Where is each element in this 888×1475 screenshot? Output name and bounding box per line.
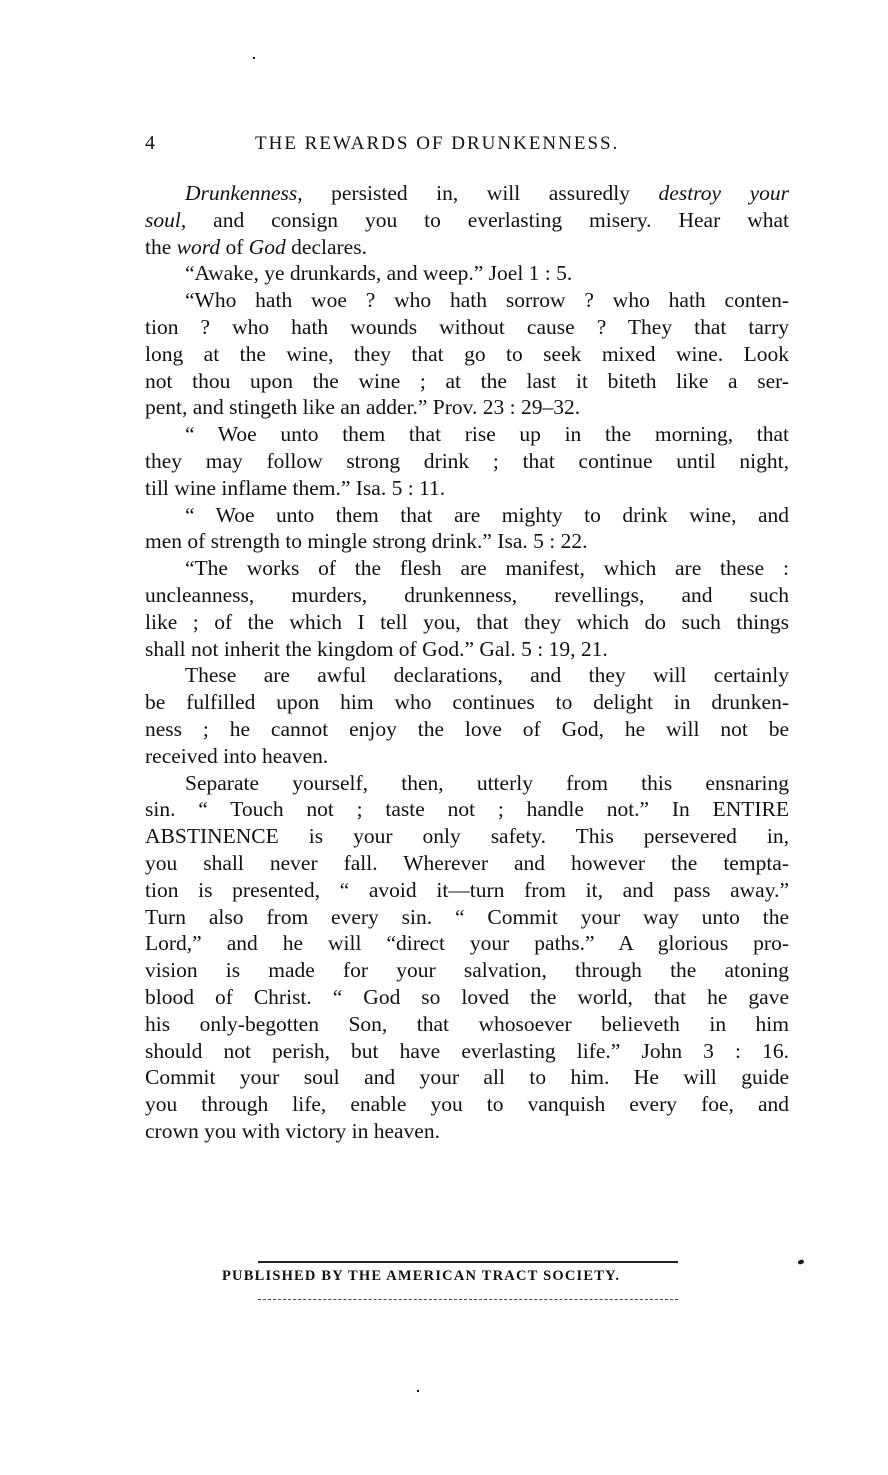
text-line: you shall never fall. Wherever and howev… (145, 850, 789, 877)
text-line: long at the wine, they that go to seek m… (145, 341, 789, 368)
text-segment: , and consign you to everlasting misery.… (181, 208, 789, 232)
text-segment: “Awake, ye drunkards, and weep.” Joel 1 … (185, 261, 572, 285)
scan-speck (417, 1390, 419, 1392)
text-segment: ABSTINENCE is your only safety. This per… (145, 824, 789, 848)
text-segment: Commit your soul and your all to him. He… (145, 1065, 789, 1089)
text-line: till wine inflame them.” Isa. 5 : 11. (145, 475, 789, 502)
italic-text: God (249, 235, 286, 259)
text-segment: crown you with victory in heaven. (145, 1119, 440, 1143)
text-segment: the (145, 235, 177, 259)
text-segment: Separate yourself, then, utterly from th… (185, 771, 789, 795)
text-segment: uncleanness, murders, drunkenness, revel… (145, 583, 789, 607)
text-line: “ Woe unto them that are mighty to drink… (145, 502, 789, 529)
italic-text: soul (145, 208, 181, 232)
text-segment: of (220, 235, 249, 259)
text-line: “The works of the flesh are manifest, wh… (145, 555, 789, 582)
text-segment: like ; of the which I tell you, that the… (145, 610, 789, 634)
text-segment: “ Woe unto them that are mighty to drink… (185, 503, 789, 527)
text-line: Separate yourself, then, utterly from th… (145, 770, 789, 797)
text-segment: These are awful declarations, and they w… (185, 663, 789, 687)
text-line: his only-begotten Son, that whosoever be… (145, 1011, 789, 1038)
text-line: “Who hath woe ? who hath sorrow ? who ha… (145, 287, 789, 314)
page-header: 4 THE REWARDS OF DRUNKENNESS. (145, 132, 795, 160)
text-line: crown you with victory in heaven. (145, 1118, 789, 1145)
body-text: Drunkenness, persisted in, will assuredl… (145, 180, 789, 1145)
text-segment: his only-begotten Son, that whosoever be… (145, 1012, 789, 1036)
text-line: Turn also from every sin. “ Commit your … (145, 904, 789, 931)
text-line: tion is presented, “ avoid it—turn from … (145, 877, 789, 904)
text-line: Lord,” and he will “direct your paths.” … (145, 930, 789, 957)
text-line: blood of Christ. “ God so loved the worl… (145, 984, 789, 1011)
text-line: “Awake, ye drunkards, and weep.” Joel 1 … (145, 260, 789, 287)
text-line: not thou upon the wine ; at the last it … (145, 368, 789, 395)
page-number: 4 (145, 132, 155, 155)
book-page: 4 THE REWARDS OF DRUNKENNESS. Drunkennes… (0, 0, 888, 1475)
text-line: tion ? who hath wounds without cause ? T… (145, 314, 789, 341)
ink-blot (797, 1259, 804, 1265)
text-segment: Lord,” and he will “direct your paths.” … (145, 931, 789, 955)
text-segment: they may follow strong drink ; that cont… (145, 449, 789, 473)
text-segment: declares. (286, 235, 367, 259)
text-line: the word of God declares. (145, 234, 789, 261)
text-segment: you shall never fall. Wherever and howev… (145, 851, 789, 875)
text-line: received into heaven. (145, 743, 789, 770)
text-line: they may follow strong drink ; that cont… (145, 448, 789, 475)
text-segment: be fulfilled upon him who continues to d… (145, 690, 789, 714)
text-segment: vision is made for your salvation, throu… (145, 958, 789, 982)
text-line: soul, and consign you to everlasting mis… (145, 207, 789, 234)
text-segment: not thou upon the wine ; at the last it … (145, 369, 789, 393)
text-segment: men of strength to mingle strong drink.”… (145, 529, 587, 553)
text-line: be fulfilled upon him who continues to d… (145, 689, 789, 716)
text-segment: pent, and stingeth like an adder.” Prov.… (145, 395, 580, 419)
text-line: like ; of the which I tell you, that the… (145, 609, 789, 636)
text-line: uncleanness, murders, drunkenness, revel… (145, 582, 789, 609)
text-segment: should not perish, but have everlasting … (145, 1039, 789, 1063)
publisher-imprint: PUBLISHED BY THE AMERICAN TRACT SOCIETY. (222, 1268, 722, 1285)
text-line: men of strength to mingle strong drink.”… (145, 528, 789, 555)
text-line: Drunkenness, persisted in, will assuredl… (145, 180, 789, 207)
text-segment: “ Woe unto them that rise up in the morn… (185, 422, 789, 446)
text-segment: shall not inherit the kingdom of God.” G… (145, 637, 608, 661)
text-line: These are awful declarations, and they w… (145, 662, 789, 689)
text-segment: tion is presented, “ avoid it—turn from … (145, 878, 789, 902)
text-segment: “Who hath woe ? who hath sorrow ? who ha… (185, 288, 789, 312)
text-segment: ness ; he cannot enjoy the love of God, … (145, 717, 789, 741)
text-line: shall not inherit the kingdom of God.” G… (145, 636, 789, 663)
text-line: Commit your soul and your all to him. He… (145, 1064, 789, 1091)
text-segment: , persisted in, will assuredly (297, 181, 658, 205)
text-segment: blood of Christ. “ God so loved the worl… (145, 985, 789, 1009)
text-segment: you through life, enable you to vanquish… (145, 1092, 789, 1116)
text-segment: tion ? who hath wounds without cause ? T… (145, 315, 789, 339)
text-segment: received into heaven. (145, 744, 328, 768)
text-line: vision is made for your salvation, throu… (145, 957, 789, 984)
text-line: should not perish, but have everlasting … (145, 1038, 789, 1065)
footer-rule-bottom (258, 1299, 678, 1300)
text-line: “ Woe unto them that rise up in the morn… (145, 421, 789, 448)
text-line: ness ; he cannot enjoy the love of God, … (145, 716, 789, 743)
italic-text: Drunkenness (185, 181, 297, 205)
text-segment: sin. “ Touch not ; taste not ; handle no… (145, 797, 789, 821)
text-segment: long at the wine, they that go to seek m… (145, 342, 789, 366)
scan-speck (253, 57, 255, 59)
text-line: pent, and stingeth like an adder.” Prov.… (145, 394, 789, 421)
text-segment: “The works of the flesh are manifest, wh… (185, 556, 789, 580)
text-line: ABSTINENCE is your only safety. This per… (145, 823, 789, 850)
italic-text: destroy your (659, 181, 789, 205)
text-line: you through life, enable you to vanquish… (145, 1091, 789, 1118)
footer-rule-top (258, 1261, 678, 1263)
running-title: THE REWARDS OF DRUNKENNESS. (255, 133, 619, 155)
italic-text: word (177, 235, 220, 259)
text-line: sin. “ Touch not ; taste not ; handle no… (145, 796, 789, 823)
text-segment: Turn also from every sin. “ Commit your … (145, 905, 789, 929)
text-segment: till wine inflame them.” Isa. 5 : 11. (145, 476, 445, 500)
